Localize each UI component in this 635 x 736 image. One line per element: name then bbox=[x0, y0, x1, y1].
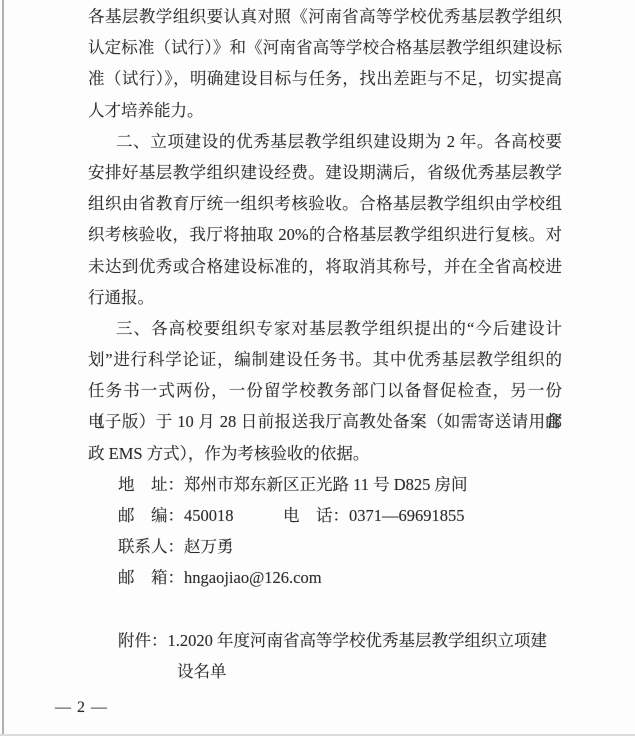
body-line: 准（试行）》，明确建设目标与任务，找出差距与不足，切实提高 bbox=[88, 63, 562, 94]
attachment-line: 附件：1.2020 年度河南省高等学校优秀基层教学组织立项建 bbox=[88, 625, 562, 656]
body-line: 三、各高校要组织专家对基层教学组织提出的“今后建设计 bbox=[88, 313, 562, 344]
body-line: 电子版）于 10 月 28 日前报送我厅高教处备案（如需寄送请用邮 bbox=[88, 406, 562, 437]
body-line: 人才培养能力。 bbox=[88, 95, 562, 126]
body-line: 认定标准（试行）》和《河南省高等学校合格基层教学组织建设标 bbox=[88, 32, 562, 63]
paragraph-2: 二、立项建设的优秀基层教学组织建设期为 2 年。各高校要 安排好基层教学组织建设… bbox=[88, 126, 562, 313]
body-line: 组织由省教育厅统一组织考核验收。合格基层教学组织由学校组 bbox=[88, 188, 562, 219]
page-number: — 2 — bbox=[55, 699, 108, 717]
contact-zip-phone-line: 邮 编：450018 电 话：0371—69691855 bbox=[88, 500, 562, 531]
paragraph-1: 各基层教学组织要认真对照《河南省高等学校优秀基层教学组织 认定标准（试行）》和《… bbox=[88, 1, 562, 126]
contact-person-line: 联系人：赵万勇 bbox=[88, 531, 562, 562]
scan-edge-left bbox=[2, 0, 4, 736]
body-line: 划”进行科学论证，编制建设任务书。其中优秀基层教学组织的 bbox=[88, 344, 562, 375]
contact-address-line: 地 址：郑州市郑东新区正光路 11 号 D825 房间 bbox=[88, 469, 562, 500]
document-body: 各基层教学组织要认真对照《河南省高等学校优秀基层教学组织 认定标准（试行）》和《… bbox=[88, 1, 562, 687]
body-line: 安排好基层教学组织建设经费。建设期满后，省级优秀基层教学 bbox=[88, 157, 562, 188]
body-line: 二、立项建设的优秀基层教学组织建设期为 2 年。各高校要 bbox=[88, 126, 562, 157]
attachment-line: 设名单 bbox=[88, 656, 562, 687]
body-line: 任务书一式两份，一份留学校教务部门以备督促检查，另一份（含 bbox=[88, 375, 562, 406]
body-line: 各基层教学组织要认真对照《河南省高等学校优秀基层教学组织 bbox=[88, 1, 562, 32]
document-page: 各基层教学组织要认真对照《河南省高等学校优秀基层教学组织 认定标准（试行）》和《… bbox=[0, 0, 635, 736]
paragraph-3: 三、各高校要组织专家对基层教学组织提出的“今后建设计 划”进行科学论证，编制建设… bbox=[88, 313, 562, 469]
contact-block: 地 址：郑州市郑东新区正光路 11 号 D825 房间 邮 编：450018 电… bbox=[88, 469, 562, 594]
body-line: 行通报。 bbox=[88, 282, 562, 313]
attachment-note: 附件：1.2020 年度河南省高等学校优秀基层教学组织立项建 设名单 bbox=[88, 625, 562, 687]
body-line: 政 EMS 方式），作为考核验收的依据。 bbox=[88, 438, 562, 469]
body-line: 未达到优秀或合格建设标准的，将取消其称号，并在全省高校进 bbox=[88, 251, 562, 282]
contact-email-line: 邮 箱：hngaojiao@126.com bbox=[88, 562, 562, 593]
body-line: 织考核验收，我厅将抽取 20%的合格基层教学组织进行复核。对 bbox=[88, 219, 562, 250]
